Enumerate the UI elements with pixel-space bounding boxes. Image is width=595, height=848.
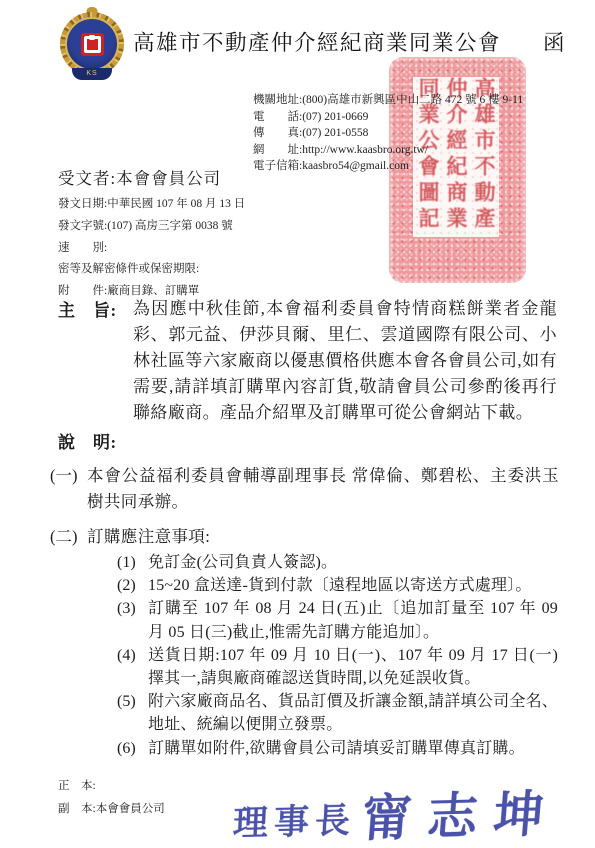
page-title: 高雄市不動產仲介經紀商業同業公會	[133, 31, 501, 55]
contact-row-address: 機關地址:(800)高雄市新興區中山二路 472 號 6 樓 9-11	[253, 92, 523, 109]
note-text: 15~20 盒送達-貨到付款〔遠程地區以寄送方式處理〕。	[148, 574, 558, 597]
recipient-value: 本會會員公司	[116, 169, 221, 188]
note-item-3: (3) 訂購至 107 年 08 月 24 日(五)止〔追加訂量至 107 年 …	[117, 597, 558, 643]
contact-value: (800)高雄市新興區中山二路 472 號 6 樓 9-11	[302, 94, 523, 106]
meta-row-priority: 速 別:	[58, 238, 245, 260]
item-text: 訂購應注意事項:	[87, 524, 559, 550]
item-number: (二)	[50, 524, 87, 550]
copy-value: 本會會員公司	[96, 803, 165, 815]
website-url-text: http://www.kaasbro.org.tw/	[302, 144, 428, 156]
contact-row-fax: 傳 真:(07) 201-0558	[253, 125, 523, 142]
note-text: 送貨日期:107 年 09 月 10 日(一)、107 年 09 月 17 日(…	[148, 644, 558, 690]
contact-label: 電子信箱:	[253, 158, 302, 175]
contact-value: (07) 201-0669	[302, 111, 368, 123]
official-letter-page: KS 高雄市不動產仲介經紀商業同業公會函 高雄市不動產仲介經紀商業同業公會圖記 …	[0, 0, 595, 848]
chairman-signature: 理事長 甯志坤	[232, 774, 561, 848]
association-emblem-logo: KS	[57, 7, 127, 80]
contact-row-website: 網 址:http://www.kaasbro.org.tw/	[253, 142, 523, 159]
carbon-copy-line: 副 本:本會會員公司	[58, 798, 165, 821]
explanation-label: 說 明:	[58, 428, 117, 453]
note-text: 訂購單如附件,欲購會員公司請填妥訂購單傳真訂購。	[148, 737, 558, 760]
letter-header: 高雄市不動產仲介經紀商業同業公會函	[133, 26, 565, 57]
note-item-4: (4) 送貨日期:107 年 09 月 10 日(一)、107 年 09 月 1…	[117, 644, 558, 690]
original-label: 正 本:	[58, 780, 96, 792]
emblem-ribbon: KS	[72, 68, 112, 80]
meta-row-confidentiality: 密等及解密條件或保密期限:	[58, 259, 245, 281]
house-icon	[81, 33, 104, 56]
contact-label: 電 話:	[253, 109, 302, 126]
recipient-line: 受文者:本會會員公司	[58, 165, 245, 189]
note-item-1: (1) 免訂金(公司負責人簽認)。	[117, 551, 558, 574]
note-text: 附六家廠商品名、貨品訂價及折讓金額,請詳填公司全名、地址、統編以便開立發票。	[148, 690, 558, 736]
copy-label: 副 本:	[58, 803, 96, 815]
item-number: (一)	[50, 463, 87, 515]
contact-label: 機關地址:	[253, 92, 302, 109]
document-type-label: 函	[543, 31, 565, 55]
signature-name: 甯志坤	[359, 774, 563, 848]
note-number: (2)	[117, 574, 148, 597]
email-text: kaasbro54@gmail.com	[302, 160, 409, 172]
note-number: (4)	[117, 644, 148, 690]
meta-label: 密等及解密條件或保密期限:	[58, 263, 199, 275]
note-item-5: (5) 附六家廠商品名、貨品訂價及折讓金額,請詳填公司全名、地址、統編以便開立發…	[117, 690, 558, 736]
note-text: 免訂金(公司負責人簽認)。	[148, 551, 558, 574]
distribution-block: 正 本: 副 本:本會會員公司	[58, 775, 165, 820]
subject-label: 主 旨:	[58, 296, 133, 426]
document-meta-block: 受文者:本會會員公司 發文日期:中華民國 107 年 08 月 13 日 發文字…	[58, 165, 245, 303]
note-number: (3)	[117, 597, 148, 643]
emblem-inner-circle	[65, 17, 119, 71]
note-number: (6)	[117, 737, 148, 760]
contact-info-block: 機關地址:(800)高雄市新興區中山二路 472 號 6 樓 9-11 電 話:…	[253, 92, 523, 175]
contact-value: (07) 201-0558	[302, 127, 368, 139]
meta-row-issue-date: 發文日期:中華民國 107 年 08 月 13 日	[58, 194, 245, 216]
contact-label: 傳 真:	[253, 125, 302, 142]
subject-section: 主 旨: 為因應中秋佳節,本會福利委員會特情商糕餅業者金龍彩、郭元益、伊莎貝爾、…	[58, 296, 557, 426]
recipient-label: 受文者:	[58, 169, 116, 188]
signature-title: 理事長	[232, 793, 357, 846]
original-copy-line: 正 本:	[58, 775, 165, 798]
meta-row-doc-number: 發文字號:(107) 高房三字第 0038 號	[58, 216, 245, 238]
note-text: 訂購至 107 年 08 月 24 日(五)止〔追加訂量至 107 年 09 月…	[148, 597, 558, 643]
contact-label: 網 址:	[253, 142, 302, 159]
contact-row-phone: 電 話:(07) 201-0669	[253, 109, 523, 126]
note-item-6: (6) 訂購單如附件,欲購會員公司請填妥訂購單傳真訂購。	[117, 737, 558, 760]
explanation-item-2: (二) 訂購應注意事項:	[50, 524, 559, 550]
meta-label: 發文日期:	[58, 198, 107, 210]
contact-row-email: 電子信箱:kaasbro54@gmail.com	[253, 158, 523, 175]
subject-text: 為因應中秋佳節,本會福利委員會特情商糕餅業者金龍彩、郭元益、伊莎貝爾、里仁、雲道…	[133, 296, 557, 426]
meta-value: (107) 高房三字第 0038 號	[107, 220, 233, 232]
order-notes-list: (1) 免訂金(公司負責人簽認)。 (2) 15~20 盒送達-貨到付款〔遠程地…	[117, 551, 558, 760]
meta-label: 發文字號:	[58, 220, 107, 232]
note-number: (1)	[117, 551, 148, 574]
emblem-wreath-icon	[60, 12, 124, 76]
note-number: (5)	[117, 690, 148, 736]
item-text: 本會公益福利委員會輔導副理事長 常偉倫、鄭碧松、主委洪玉樹共同承辦。	[87, 463, 559, 515]
meta-label: 速 別:	[58, 242, 107, 254]
explanation-item-1: (一) 本會公益福利委員會輔導副理事長 常偉倫、鄭碧松、主委洪玉樹共同承辦。	[50, 463, 559, 515]
meta-value: 中華民國 107 年 08 月 13 日	[107, 198, 245, 210]
note-item-2: (2) 15~20 盒送達-貨到付款〔遠程地區以寄送方式處理〕。	[117, 574, 558, 597]
